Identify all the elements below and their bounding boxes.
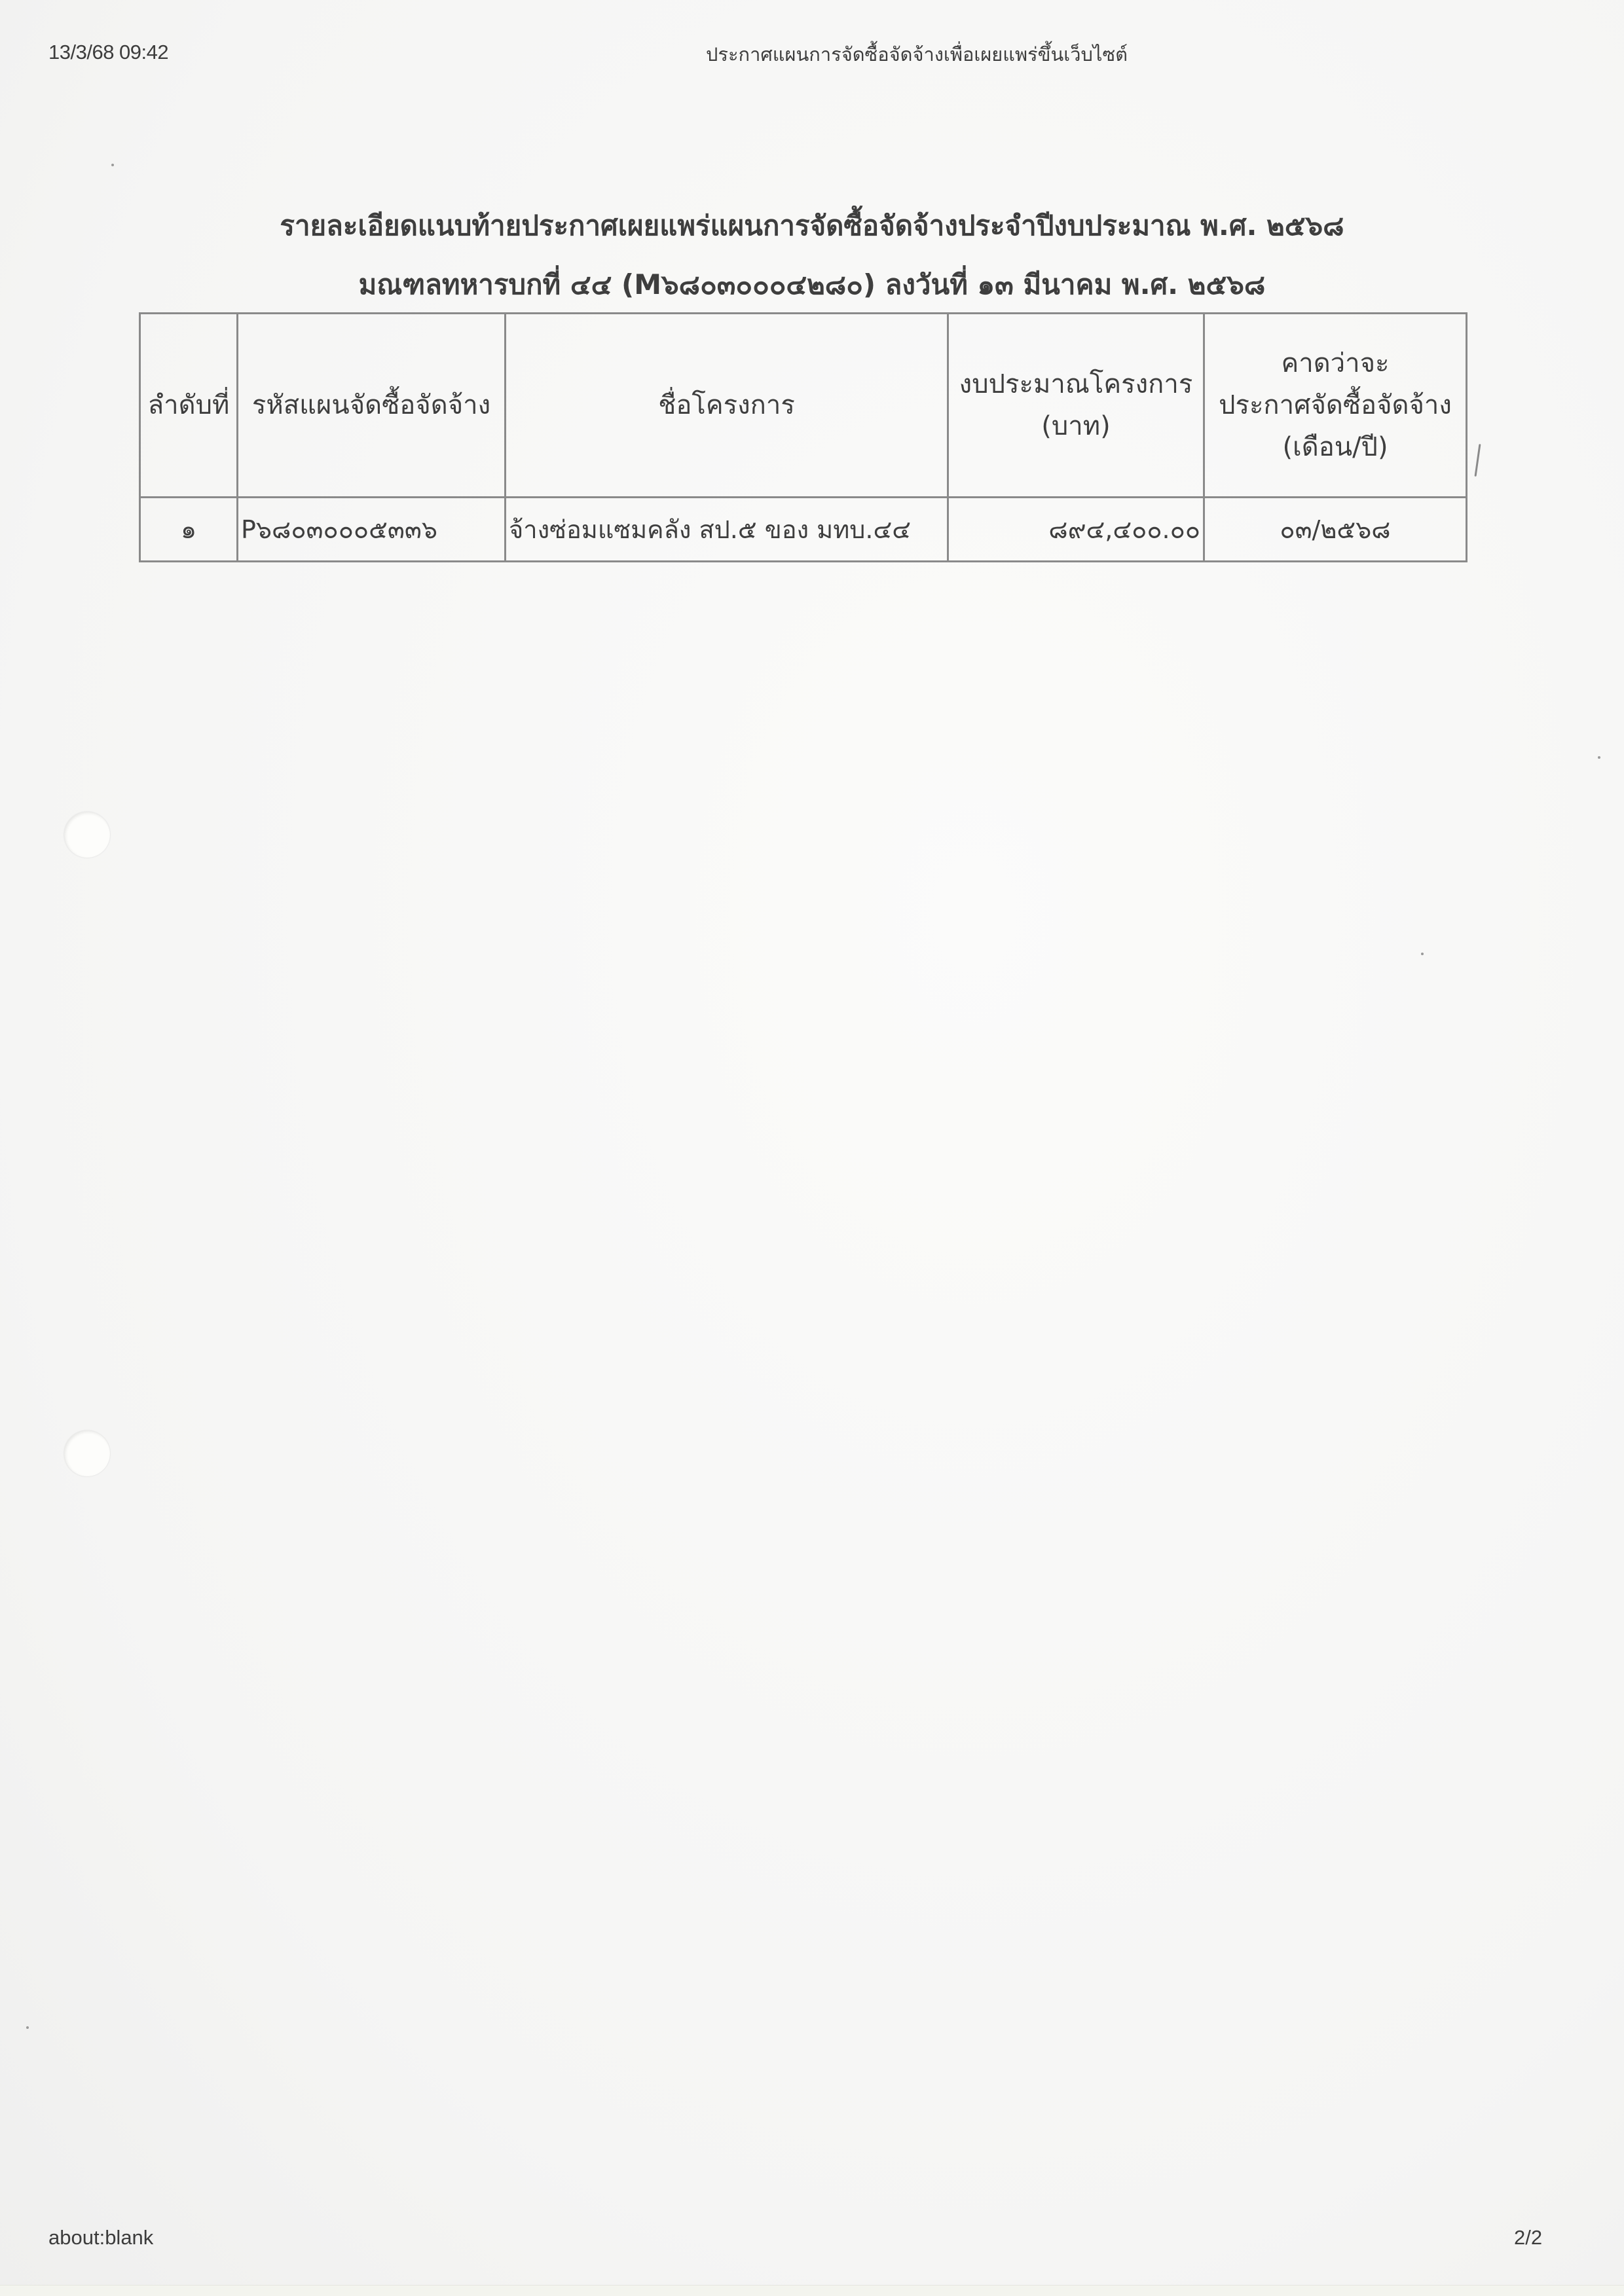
header-project-name: ชื่อโครงการ — [506, 314, 948, 498]
punch-hole — [64, 1430, 110, 1476]
scan-bottom-edge — [0, 2285, 1624, 2296]
header-budget-unit: (บาท) — [951, 405, 1200, 447]
print-header-datetime: 13/3/68 09:42 — [48, 41, 168, 64]
header-expected-line3: (เดือน/ปี) — [1208, 426, 1463, 468]
document-subtitle: มณฑลทหารบกที่ ๔๔ (M๖๘๐๓๐๐๐๔๒๘๐) ลงวันที่… — [0, 263, 1624, 306]
header-expected-line1: คาดว่าจะ — [1208, 342, 1463, 384]
table-header-row: ลำดับที่ รหัสแผนจัดซื้อจัดจ้าง ชื่อโครงก… — [140, 314, 1467, 498]
scan-speck — [1421, 953, 1424, 955]
print-footer-page-number: 2/2 — [1514, 2226, 1542, 2250]
cell-seq: ๑ — [140, 498, 238, 562]
scan-speck — [111, 164, 114, 166]
cell-plan-code: P๖๘๐๓๐๐๐๕๓๓๖ — [238, 498, 506, 562]
cell-project-name: จ้างซ่อมแซมคลัง สป.๕ ของ มทบ.๔๔ — [506, 498, 948, 562]
header-budget: งบประมาณโครงการ (บาท) — [948, 314, 1204, 498]
cell-budget: ๘๙๔,๔๐๐.๐๐ — [948, 498, 1204, 562]
punch-hole — [64, 812, 110, 858]
header-expected-announce: คาดว่าจะ ประกาศจัดซื้อจัดจ้าง (เดือน/ปี) — [1204, 314, 1467, 498]
document-title: รายละเอียดแนบท้ายประกาศเผยแพร่แผนการจัดซ… — [0, 204, 1624, 247]
scan-speck — [26, 2026, 29, 2029]
header-seq: ลำดับที่ — [140, 314, 238, 498]
header-budget-label: งบประมาณโครงการ — [951, 363, 1200, 405]
procurement-plan-table: ลำดับที่ รหัสแผนจัดซื้อจัดจ้าง ชื่อโครงก… — [139, 312, 1467, 562]
print-header-page-title: ประกาศแผนการจัดซื้อจัดจ้างเพื่อเผยแพร่ขึ… — [589, 39, 1244, 69]
cell-expected-month-year: ๐๓/๒๕๖๘ — [1204, 498, 1467, 562]
print-footer-url: about:blank — [48, 2226, 153, 2250]
header-expected-line2: ประกาศจัดซื้อจัดจ้าง — [1208, 384, 1463, 426]
header-plan-code: รหัสแผนจัดซื้อจัดจ้าง — [238, 314, 506, 498]
scan-speck — [1598, 756, 1600, 759]
table-row: ๑ P๖๘๐๓๐๐๐๕๓๓๖ จ้างซ่อมแซมคลัง สป.๕ ของ … — [140, 498, 1467, 562]
